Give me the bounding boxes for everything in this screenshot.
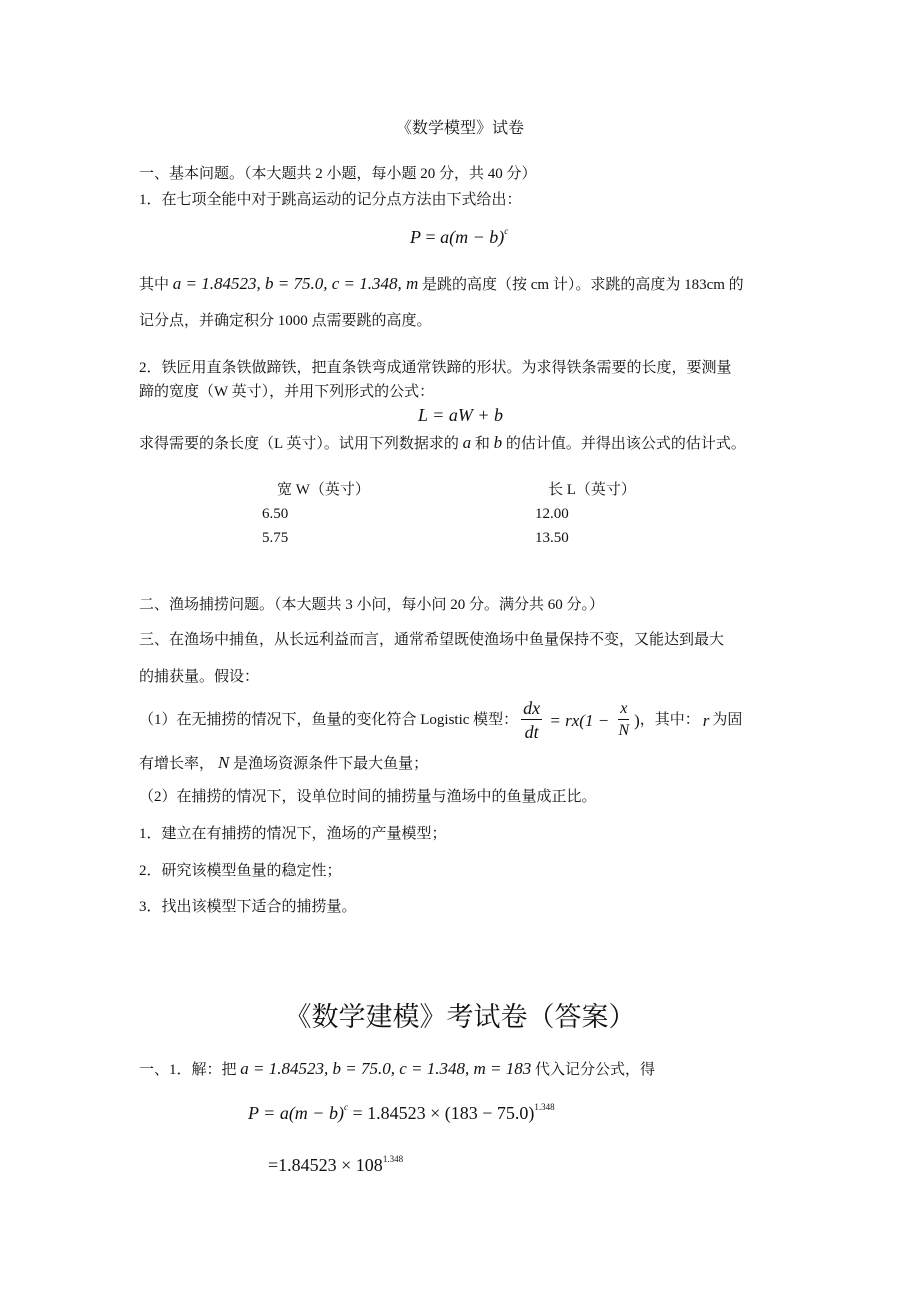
exam-title: 《数学模型》试卷 [0, 121, 920, 137]
section3-line2: 的捕获量。假设： [139, 670, 259, 685]
q1-line1: 其中 a = 1.84523, b = 75.0, c = 1.348, m 是… [139, 275, 744, 293]
answer1-params: a = 1.84523, b = 75.0, c = 1.348, m = 18… [240, 1059, 531, 1078]
answer-eq2: =1.84523 × 1081.348 [268, 1156, 403, 1174]
assume1-suffix-post: 为固 [712, 713, 742, 728]
formula-lhs: P [410, 227, 421, 247]
var-r: r [703, 712, 710, 729]
answer-1-intro: 一、1．解：把 a = 1.84523, b = 75.0, c = 1.348… [139, 1060, 655, 1078]
q1-intro: 1．在七项全能中对于跳高运动的记分点方法由下式给出： [139, 193, 522, 208]
eq1-lhs-exp: c [344, 1102, 348, 1112]
assumption-2: （2）在捕捞的情况下，设单位时间的捕捞量与渔场中的鱼量成正比。 [139, 790, 597, 805]
q1-line2: 记分点，并确定积分 1000 点需要跳的高度。 [139, 314, 432, 329]
assume1-prefix: （1）在无捕捞的情况下，鱼量的变化符合 Logistic 模型： [139, 713, 518, 728]
task-item: 2．研究该模型鱼量的稳定性； [139, 864, 342, 879]
table-cell: 6.50 [262, 507, 288, 522]
table-header-width: 宽 W（英寸） [277, 483, 370, 498]
eq1-rhs-exp: 1.348 [534, 1102, 554, 1112]
answer-eq1: P = a(m − b)c = 1.84523 × (183 − 75.0)1.… [248, 1104, 555, 1122]
task-item: 1．建立在有捕捞的情况下，渔场的产量模型； [139, 827, 447, 842]
eq1-rhs: = 1.84523 × (183 − 75.0) [348, 1103, 534, 1123]
frac-numerator: dx [521, 699, 542, 720]
eq1-lhs: P = a(m − b) [248, 1103, 344, 1123]
task-item: 3．找出该模型下适合的捕捞量。 [139, 900, 357, 915]
q1-line1-suffix: 是跳的高度（按 cm 计）。求跳的高度为 183cm 的 [418, 277, 743, 293]
derivative-fraction: dx dt [521, 699, 542, 741]
q2-line3-mid: 和 [471, 436, 494, 452]
answers-title: 《数学建模》考试卷（答案） [0, 1004, 920, 1031]
formula-rhs: a(m − b) [440, 227, 504, 247]
q1-formula: P = a(m − b)c [410, 228, 508, 246]
section3-line1: 三、在渔场中捕鱼，从长远利益而言，通常希望既使渔场中鱼量保持不变，又能达到最大 [139, 633, 724, 648]
section2-header: 二、渔场捕捞问题。（本大题共 3 小问，每小问 20 分。满分共 60 分。） [139, 598, 604, 613]
frac2-numerator: x [618, 701, 629, 720]
q1-params: a = 1.84523, b = 75.0, c = 1.348, m [173, 274, 419, 293]
assumption-1: （1）在无捕捞的情况下，鱼量的变化符合 Logistic 模型： dx dt =… [139, 697, 742, 743]
assume1-suffix-pre: ，其中： [640, 713, 700, 728]
assume1-line2-pre: 有增长率， [139, 756, 214, 772]
table-cell: 12.00 [535, 507, 569, 522]
var-a: a [463, 433, 472, 452]
formula-eq: = [421, 227, 440, 247]
q2-line3-suffix: 的估计值。并得出该公式的估计式。 [502, 436, 746, 452]
answer1-prefix: 一、1．解：把 [139, 1062, 240, 1078]
var-b: b [494, 433, 503, 452]
q2-formula: L = aW + b [418, 406, 503, 424]
q2-line3: 求得需要的条长度（L 英寸）。试用下列数据求的 a 和 b 的估计值。并得出该公… [139, 434, 746, 452]
assume1-line2-post: 是渔场资源条件下最大鱼量； [229, 756, 428, 772]
eq2-body: =1.84523 × 108 [268, 1155, 383, 1175]
frac2-denominator: N [616, 720, 631, 739]
table-cell: 13.50 [535, 531, 569, 546]
q1-line1-prefix: 其中 [139, 277, 173, 293]
ratio-fraction: x N [616, 701, 631, 739]
var-N: N [218, 753, 229, 772]
q2-line1: 2．铁匠用直条铁做蹄铁，把直条铁弯成通常铁蹄的形状。为求得铁条需要的长度，要测量 [139, 361, 732, 376]
answer1-suffix: 代入记分公式，得 [531, 1062, 655, 1078]
frac-denominator: dt [523, 720, 541, 741]
q2-line3-prefix: 求得需要的条长度（L 英寸）。试用下列数据求的 [139, 436, 463, 452]
table-header-length: 长 L（英寸） [548, 483, 636, 498]
formula-exp: c [504, 226, 508, 236]
logistic-mid: = rx(1 − [545, 712, 613, 729]
section1-header: 一、基本问题。（本大题共 2 小题，每小题 20 分，共 40 分） [139, 167, 537, 182]
eq2-exp: 1.348 [383, 1154, 403, 1164]
q2-line2: 蹄的宽度（W 英寸），并用下列形式的公式： [139, 385, 434, 400]
assumption-1-line2: 有增长率，N 是渔场资源条件下最大鱼量； [139, 754, 428, 772]
table-cell: 5.75 [262, 531, 288, 546]
